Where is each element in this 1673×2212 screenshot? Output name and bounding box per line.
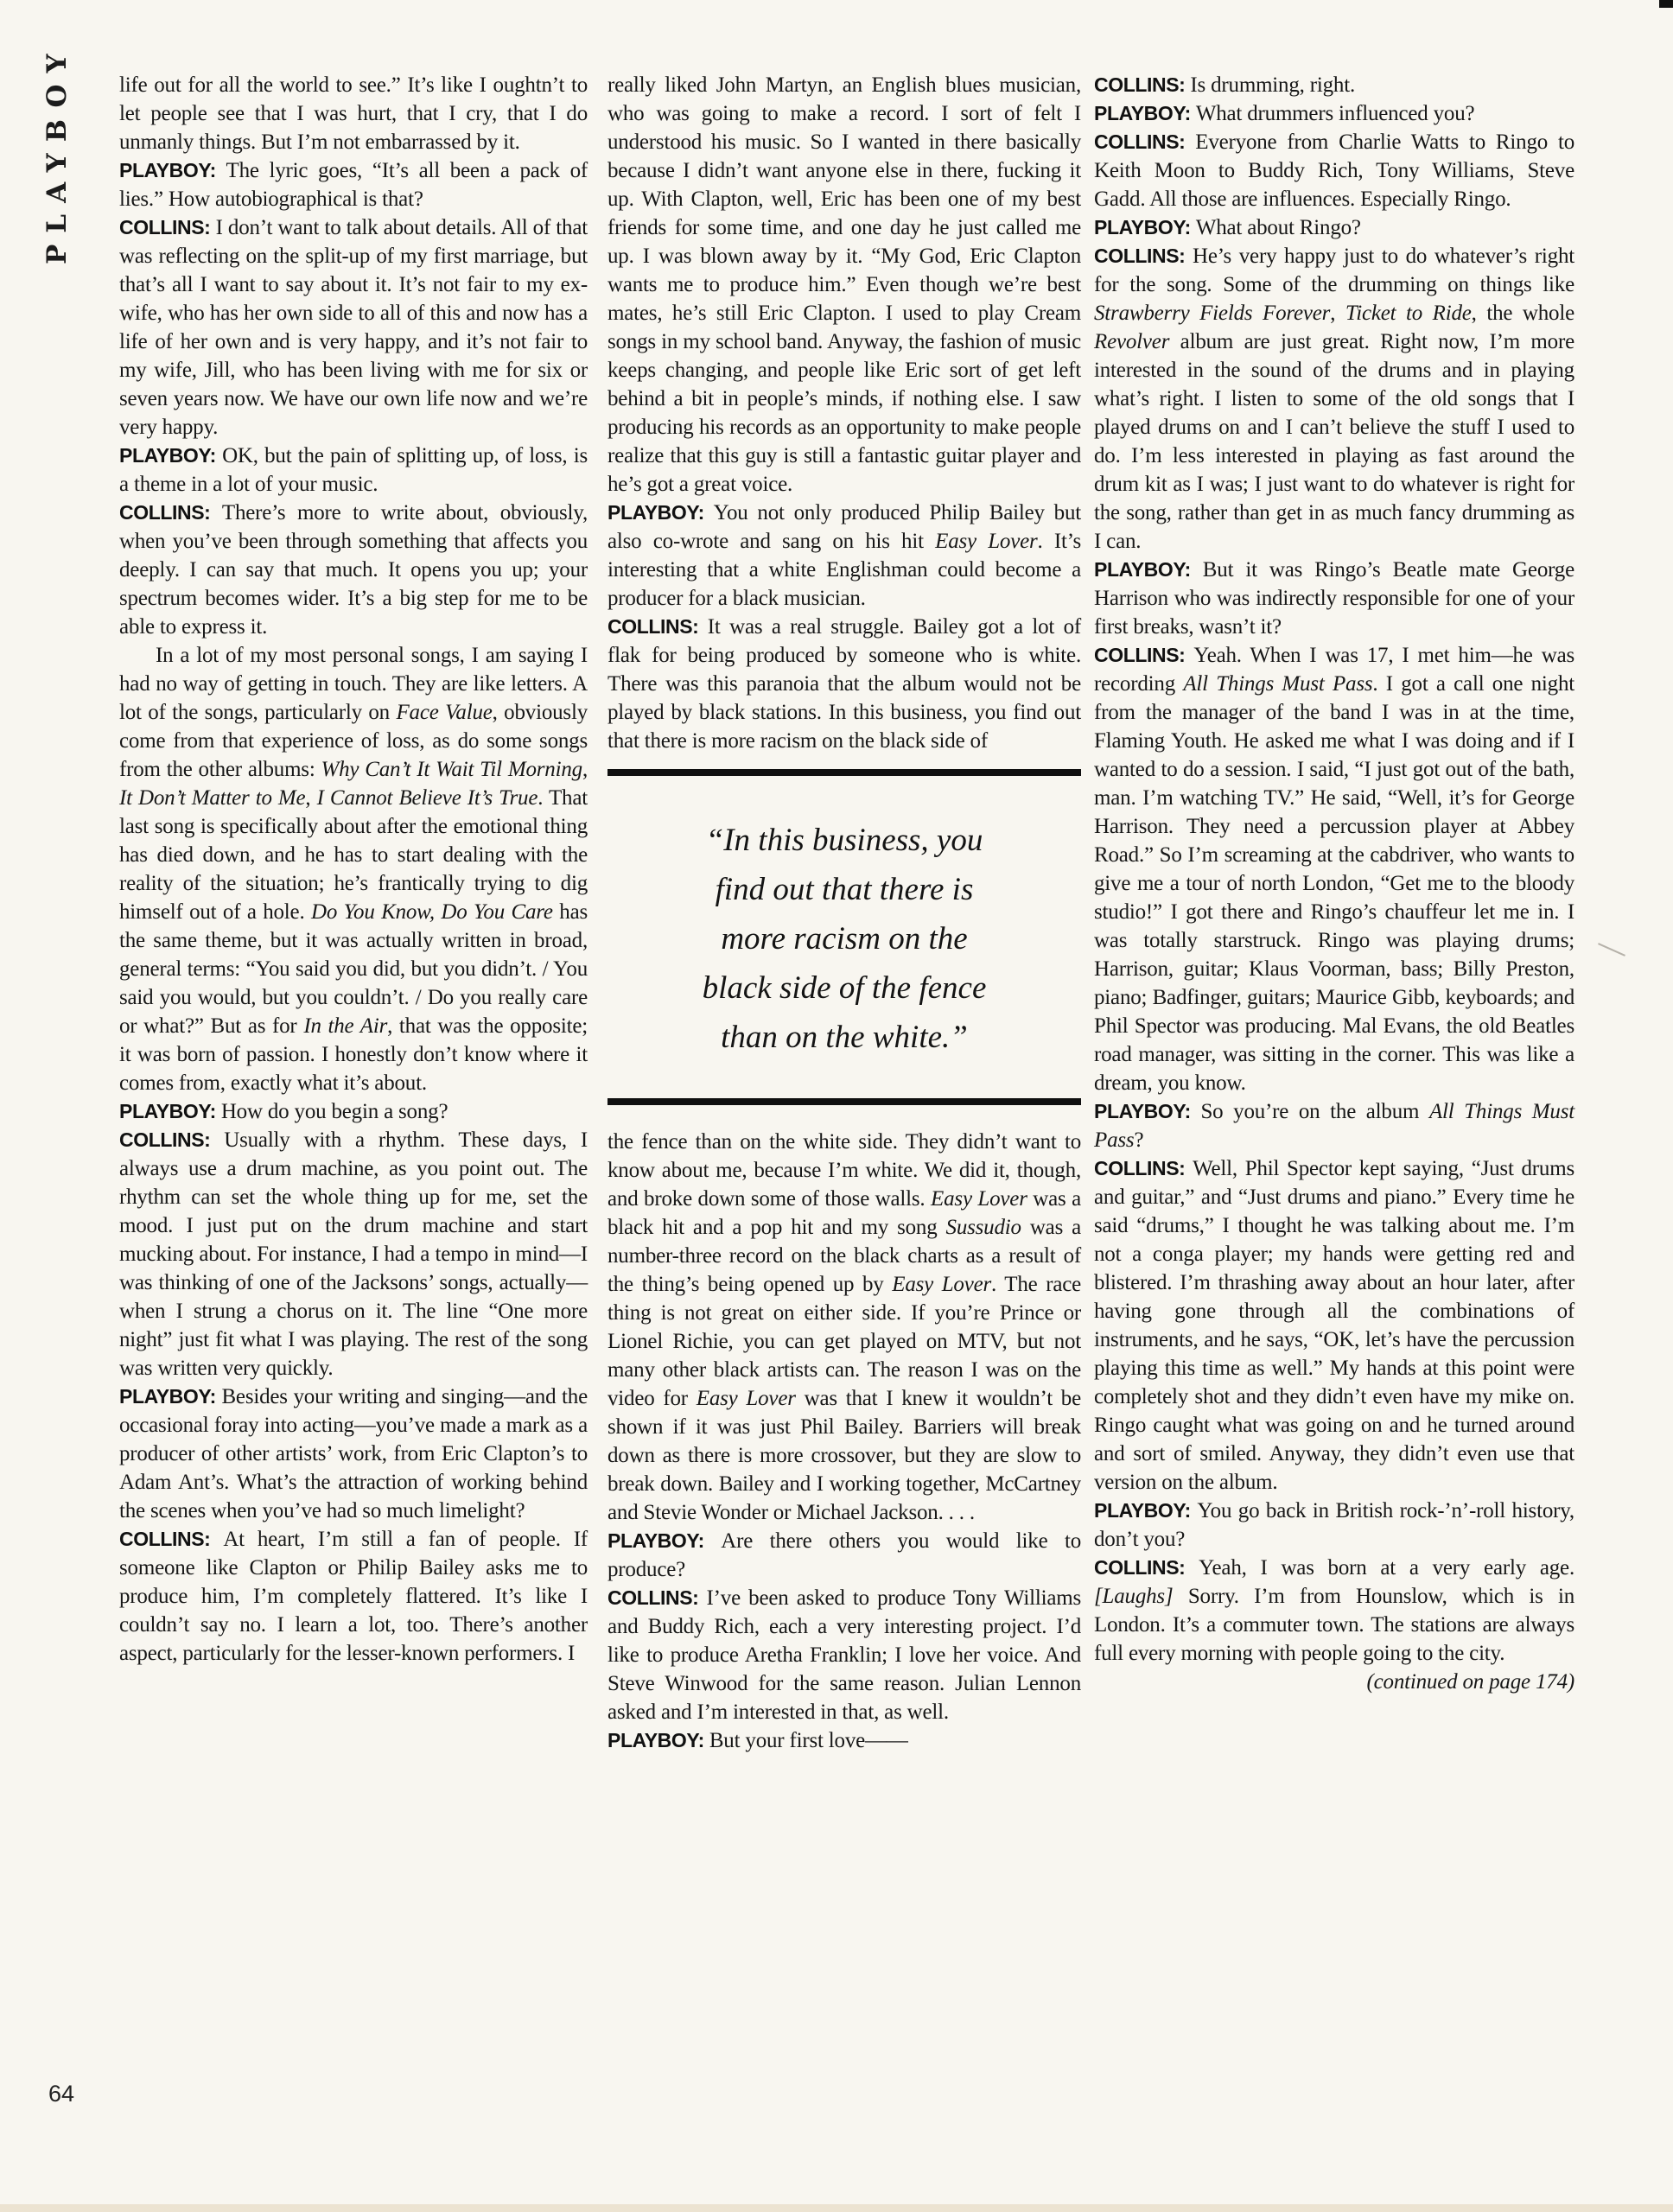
speaker-label: PLAYBOY:	[119, 1100, 221, 1122]
text-column-3: COLLINS: Is drumming, right.PLAYBOY: Wha…	[1094, 71, 1574, 1696]
pull-quote: “In this business, youfind out that ther…	[607, 769, 1081, 1105]
speaker-label: COLLINS:	[607, 615, 708, 638]
speaker-label: COLLINS:	[119, 1528, 223, 1550]
body-paragraph: the fence than on the white side. They d…	[607, 1128, 1081, 1527]
body-paragraph: really liked John Martyn, an English blu…	[607, 71, 1081, 499]
speaker-label: PLAYBOY:	[119, 444, 222, 467]
body-paragraph: (continued on page 174)	[1094, 1668, 1574, 1696]
speaker-label: PLAYBOY:	[1094, 1100, 1200, 1122]
pull-quote-line: “In this business, you	[609, 816, 1079, 865]
speaker-label: PLAYBOY:	[1094, 1499, 1197, 1522]
pull-quote-line: than on the white.”	[609, 1013, 1079, 1062]
dialogue-paragraph: PLAYBOY: How do you begin a song?	[119, 1097, 588, 1126]
speaker-label: PLAYBOY:	[607, 1729, 709, 1751]
dialogue-paragraph: PLAYBOY: But your first love——	[607, 1726, 1081, 1755]
dialogue-paragraph: PLAYBOY: So you’re on the album All Thin…	[1094, 1097, 1574, 1154]
dialogue-paragraph: PLAYBOY: OK, but the pain of splitting u…	[119, 442, 588, 499]
scan-artifact-corner	[1659, 0, 1673, 8]
scan-artifact-stray	[1598, 943, 1625, 957]
pull-quote-line: more racism on the	[609, 914, 1079, 963]
speaker-label: PLAYBOY:	[1094, 558, 1203, 581]
dialogue-paragraph: PLAYBOY: Besides your writing and singin…	[119, 1382, 588, 1525]
dialogue-paragraph: COLLINS: It was a real struggle. Bailey …	[607, 613, 1081, 755]
scan-artifact-bottom	[0, 2204, 1673, 2212]
pull-quote-line: black side of the fence	[609, 963, 1079, 1013]
speaker-label: PLAYBOY:	[607, 501, 714, 524]
text-column-2: really liked John Martyn, an English blu…	[607, 71, 1081, 1755]
speaker-label: COLLINS:	[1094, 245, 1193, 267]
dialogue-paragraph: COLLINS: He’s very happy just to do what…	[1094, 242, 1574, 556]
speaker-label: COLLINS:	[1094, 130, 1195, 153]
text-column-1: life out for all the world to see.” It’s…	[119, 71, 588, 1668]
speaker-label: COLLINS:	[119, 216, 216, 238]
speaker-label: PLAYBOY:	[119, 1385, 221, 1408]
dialogue-paragraph: PLAYBOY: But it was Ringo’s Beatle mate …	[1094, 556, 1574, 641]
speaker-label: COLLINS:	[1094, 1157, 1193, 1179]
dialogue-paragraph: PLAYBOY: What about Ringo?	[1094, 213, 1574, 242]
body-paragraph: life out for all the world to see.” It’s…	[119, 71, 588, 156]
speaker-label: PLAYBOY:	[1094, 102, 1196, 124]
magazine-page: PLAYBOY 64 life out for all the world to…	[0, 0, 1673, 2212]
speaker-label: PLAYBOY:	[1094, 216, 1196, 238]
dialogue-paragraph: COLLINS: Well, Phil Spector kept saying,…	[1094, 1154, 1574, 1497]
dialogue-paragraph: COLLINS: Is drumming, right.	[1094, 71, 1574, 99]
body-paragraph: In a lot of my most personal songs, I am…	[119, 641, 588, 1097]
dialogue-paragraph: PLAYBOY: Are there others you would like…	[607, 1527, 1081, 1584]
dialogue-paragraph: PLAYBOY: You not only produced Philip Ba…	[607, 499, 1081, 613]
speaker-label: COLLINS:	[1094, 644, 1193, 666]
page-number: 64	[48, 2081, 74, 2107]
dialogue-paragraph: PLAYBOY: You go back in British rock-’n’…	[1094, 1497, 1574, 1554]
dialogue-paragraph: COLLINS: Usually with a rhythm. These da…	[119, 1126, 588, 1382]
magazine-brand-vertical: PLAYBOY	[41, 40, 73, 264]
dialogue-paragraph: COLLINS: There’s more to write about, ob…	[119, 499, 588, 641]
dialogue-paragraph: COLLINS: At heart, I’m still a fan of pe…	[119, 1525, 588, 1668]
dialogue-paragraph: PLAYBOY: What drummers influenced you?	[1094, 99, 1574, 128]
speaker-label: COLLINS:	[1094, 73, 1190, 96]
dialogue-paragraph: PLAYBOY: The lyric goes, “It’s all been …	[119, 156, 588, 213]
pull-quote-line: find out that there is	[609, 865, 1079, 914]
dialogue-paragraph: COLLINS: I don’t want to talk about deta…	[119, 213, 588, 442]
dialogue-paragraph: COLLINS: Yeah. When I was 17, I met him—…	[1094, 641, 1574, 1097]
speaker-label: COLLINS:	[119, 1128, 224, 1151]
speaker-label: PLAYBOY:	[119, 159, 226, 181]
dialogue-paragraph: COLLINS: Everyone from Charlie Watts to …	[1094, 128, 1574, 213]
speaker-label: COLLINS:	[1094, 1556, 1199, 1579]
speaker-label: COLLINS:	[119, 501, 222, 524]
speaker-label: COLLINS:	[607, 1586, 707, 1609]
dialogue-paragraph: COLLINS: I’ve been asked to produce Tony…	[607, 1584, 1081, 1726]
dialogue-paragraph: COLLINS: Yeah, I was born at a very earl…	[1094, 1554, 1574, 1668]
speaker-label: PLAYBOY:	[607, 1529, 721, 1552]
